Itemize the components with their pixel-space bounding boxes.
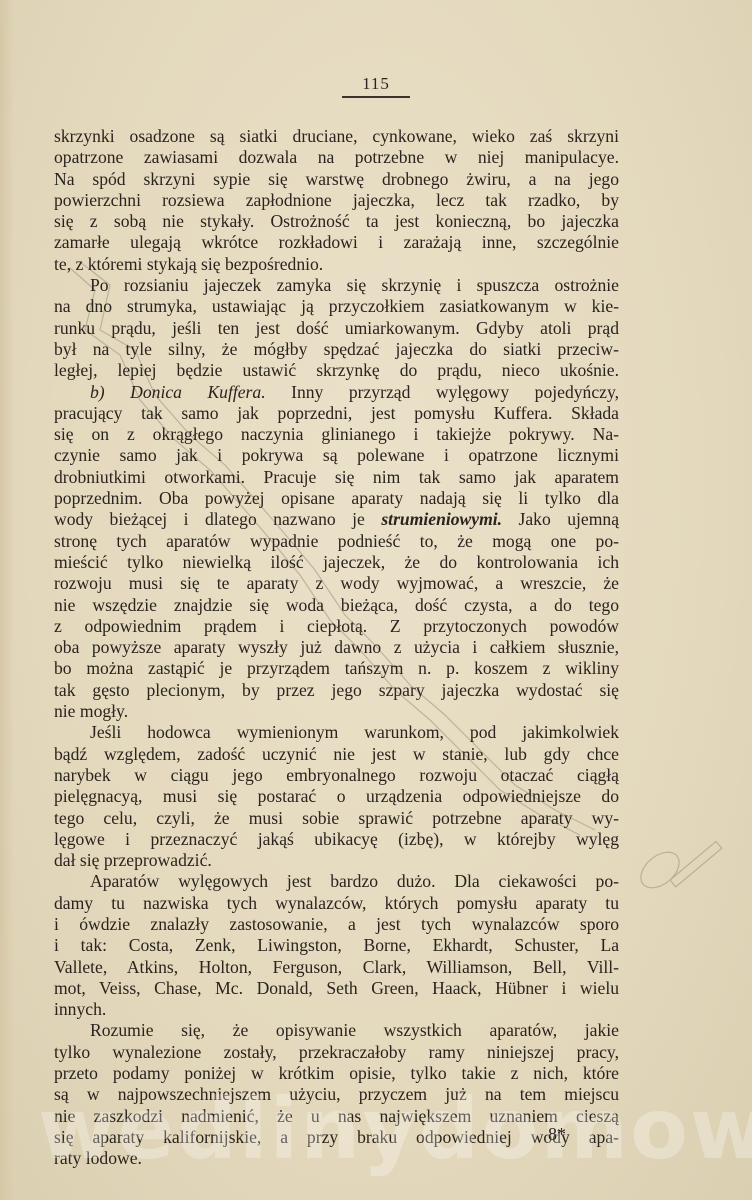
text-line: poprzednim. Oba powyżej opisane aparaty … (54, 488, 619, 509)
text-line: pielęgnacyą, musi się postarać o urządze… (54, 786, 619, 807)
section-heading-line: b) Donica Kuffera. Inny przyrząd wylęgow… (54, 382, 619, 403)
page-number: 115 (342, 74, 410, 98)
text-line: zamarłe ulegają wkrótce rozkładowi i zar… (54, 232, 619, 253)
text-line: mot, Veiss, Chase, Mc. Donald, Seth Gree… (54, 978, 619, 999)
text-line: przeto podamy poniżej w krótkim opisie, … (54, 1063, 619, 1084)
text-line: runku prądu, jeśli ten jest dość umiarko… (54, 318, 619, 339)
text-line: opatrzone zawiasami dozwala na potrzebne… (54, 147, 619, 168)
text-line: nie zaszkodzi nadmienić, że u nas najwię… (54, 1106, 619, 1127)
text-segment: wody bieżącej i dlatego nazwano je (54, 509, 381, 529)
text-segment: Jako ujemną (502, 509, 619, 529)
section-title: Donica Kuffera. (130, 382, 265, 402)
text-line: stronę tych aparatów wypadnie podnieść t… (54, 531, 619, 552)
text-line: ległej, lepiej będzie ustawić skrzynkę d… (54, 360, 619, 381)
text-line: skrzynki osadzone są siatki druciane, cy… (54, 126, 619, 147)
text-line: drobniutkimi otworkami. Pracuje się nim … (54, 467, 619, 488)
text-line: raty lodowe. (54, 1148, 619, 1169)
text-line: Vallete, Atkins, Holton, Ferguson, Clark… (54, 957, 619, 978)
text-line: Po rozsianiu jajeczek zamyka się skrzyni… (54, 275, 619, 296)
text-line: tego celu, czyli, że musi sobie sprawić … (54, 808, 619, 829)
text-line: nie mogły. (54, 701, 619, 722)
page-binding-shadow (0, 0, 14, 1200)
text-line: nie wszędzie znajdzie się woda bieżąca, … (54, 595, 619, 616)
scanned-book-page: 115 skrzynki osadzone są siatki druciane… (0, 0, 752, 1200)
text-line: dał się przeprowadzić. (54, 850, 619, 871)
emphasized-term: strumieniowymi. (381, 509, 502, 529)
text-line: powierzchni rozsiewa zapłodnione jajeczk… (54, 190, 619, 211)
text-line-emphasis: wody bieżącej i dlatego nazwano je strum… (54, 509, 619, 530)
text-line: się aparaty kalifornijskie, a przy braku… (54, 1127, 619, 1148)
section-heading-rest: Inny przyrząd wylęgowy pojedyńczy, (266, 382, 619, 402)
text-line: z odpowiednim prądem i ciepłotą. Z przyt… (54, 616, 619, 637)
text-line: są w najpowszechniejszem użyciu, przycze… (54, 1084, 619, 1105)
text-line: te, z któremi stykają się bezpośrednio. (54, 254, 619, 275)
text-line: rozwoju musi się te aparaty z wody wyjmo… (54, 573, 619, 594)
text-line: Rozumie się, że opisywanie wszystkich ap… (54, 1020, 619, 1041)
text-line: czynie samo jak i pokrywa są polewane i … (54, 445, 619, 466)
text-line: i tak: Costa, Zenk, Liwingston, Borne, E… (54, 935, 619, 956)
text-line: damy tu nazwiska tych wynalazców, któryc… (54, 893, 619, 914)
text-line: pracujący tak samo jak poprzedni, jest p… (54, 403, 619, 424)
page-header: 115 (0, 74, 752, 98)
printer-signature-mark: 8* (548, 1124, 566, 1145)
text-line: narybek w ciągu jego embryonalnego rozwo… (54, 765, 619, 786)
text-line: tylko wynalezione zostały, przekraczałob… (54, 1042, 619, 1063)
text-line: i ówdzie znalazły zastosowanie, a jest t… (54, 914, 619, 935)
text-line: lęgowe i przeznaczyć jakąś ubikacyę (izb… (54, 829, 619, 850)
body-text: skrzynki osadzone są siatki druciane, cy… (54, 126, 619, 1170)
text-line: był na tyle silny, że mógłby spędzać jaj… (54, 339, 619, 360)
text-line: mieścić tylko niewielką ilość jajeczek, … (54, 552, 619, 573)
text-line: Jeśli hodowca wymienionym warunkom, pod … (54, 722, 619, 743)
text-line: się on z okrągłego naczynia glinianego i… (54, 424, 619, 445)
text-line: innych. (54, 999, 619, 1020)
text-line: się z sobą nie stykały. Ostrożność ta je… (54, 211, 619, 232)
text-line: na dno strumyka, ustawiając ją przyczołk… (54, 296, 619, 317)
text-line: Aparatów wylęgowych jest bardzo dużo. Dl… (54, 871, 619, 892)
text-line: oba powyższe aparaty wyszły już dawno z … (54, 637, 619, 658)
text-line: tak gęsto plecionym, by przez jego szpar… (54, 680, 619, 701)
text-line: bądź względem, zadość uczynić nie jest w… (54, 744, 619, 765)
text-line: Na spód skrzyni sypie się warstwę drobne… (54, 169, 619, 190)
text-line: bo można zastąpić je przyrządem tańszym … (54, 658, 619, 679)
section-label: b) (90, 382, 130, 402)
